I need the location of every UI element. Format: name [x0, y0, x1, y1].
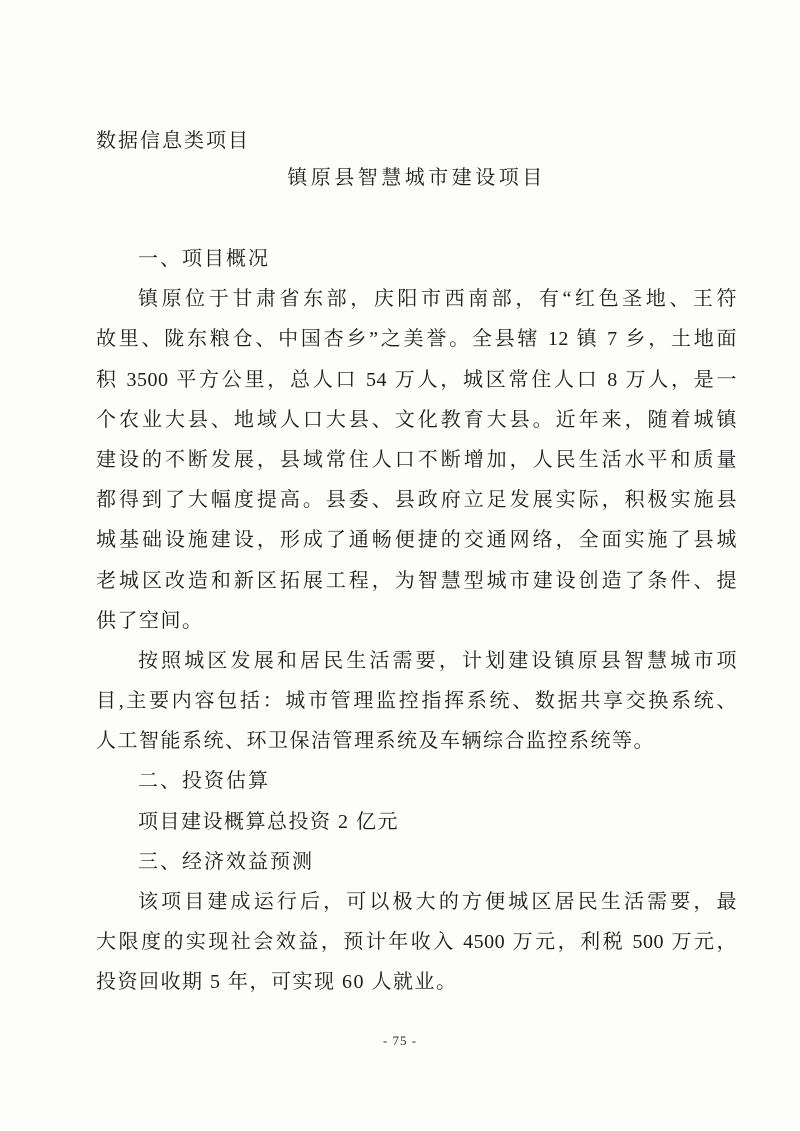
document-page: 数据信息类项目 镇原县智慧城市建设项目 一、项目概况镇原位于甘肃省东部，庆阳市西… [0, 0, 800, 1131]
paragraph-line: 投资回收期 5 年，可实现 60 人就业。 [96, 962, 737, 1002]
paragraph-line: 按照城区发展和居民生活需要，计划建设镇原县智慧城市项 [96, 641, 737, 681]
document-body: 一、项目概况镇原位于甘肃省东部，庆阳市西南部，有“红色圣地、王符故里、陇东粮仓、… [96, 239, 737, 1003]
paragraph-line: 人工智能系统、环卫保洁管理系统及车辆综合监控系统等。 [96, 721, 737, 761]
paragraph-line: 目,主要内容包括：城市管理监控指挥系统、数据共享交换系统、 [96, 681, 737, 721]
text-line: 项目建设概算总投资 2 亿元 [96, 802, 737, 842]
paragraph-line: 大限度的实现社会效益，预计年收入 4500 万元，利税 500 万元， [96, 922, 737, 962]
section-heading: 三、经济效益预测 [96, 842, 737, 882]
paragraph-line: 镇原位于甘肃省东部，庆阳市西南部，有“红色圣地、王符 [96, 279, 737, 319]
document-title: 镇原县智慧城市建设项目 [96, 164, 737, 192]
paragraph-line: 建设的不断发展，县域常住人口不断增加，人民生活水平和质量 [96, 440, 737, 480]
paragraph-line: 老城区改造和新区拓展工程，为智慧型城市建设创造了条件、提 [96, 561, 737, 601]
paragraph-line: 供了空间。 [96, 601, 737, 641]
paragraph-line: 故里、陇东粮仓、中国杏乡”之美誉。全县辖 12 镇 7 乡，土地面 [96, 319, 737, 359]
section-heading: 一、项目概况 [96, 239, 737, 279]
section-heading: 二、投资估算 [96, 761, 737, 801]
paragraph-line: 城基础设施建设，形成了通畅便捷的交通网络，全面实施了县城 [96, 520, 737, 560]
page-number: - 75 - [0, 1033, 800, 1049]
document-category-label: 数据信息类项目 [96, 128, 250, 154]
paragraph-line: 该项目建成运行后，可以极大的方便城区居民生活需要，最 [96, 882, 737, 922]
paragraph-line: 都得到了大幅度提高。县委、县政府立足发展实际，积极实施县 [96, 480, 737, 520]
paragraph-line: 积 3500 平方公里，总人口 54 万人，城区常住人口 8 万人，是一 [96, 360, 737, 400]
paragraph-line: 个农业大县、地域人口大县、文化教育大县。近年来，随着城镇 [96, 400, 737, 440]
